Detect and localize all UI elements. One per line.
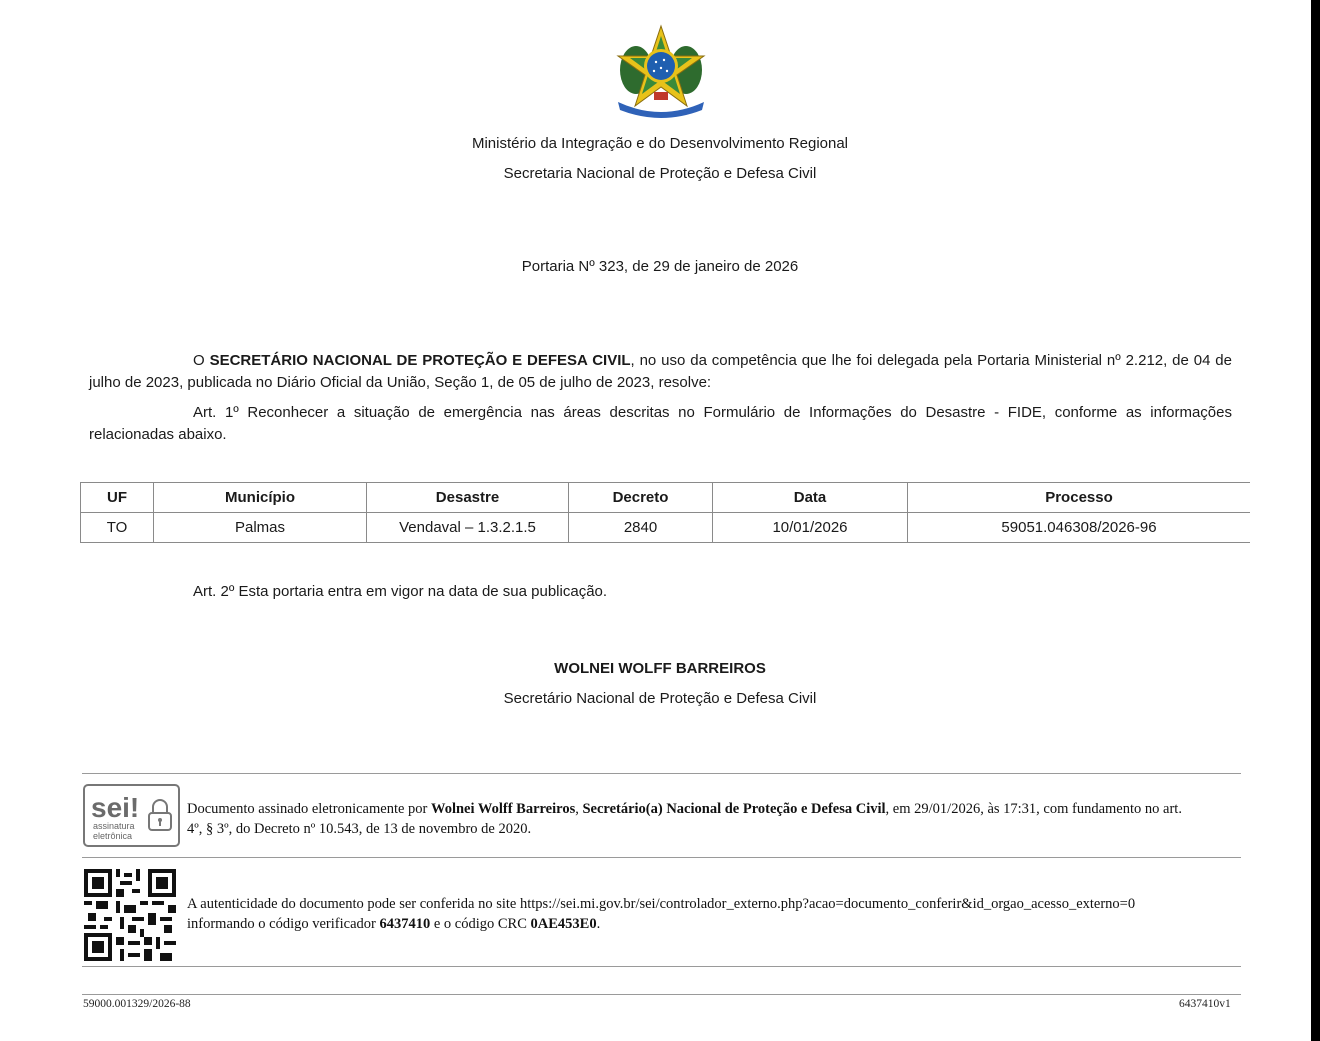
ministry-name: Ministério da Integração e do Desenvolvi… <box>0 135 1320 152</box>
cell-municipio: Palmas <box>154 513 367 543</box>
svg-text:assinatura: assinatura <box>93 821 135 831</box>
table-row: TO Palmas Vendaval – 1.3.2.1.5 2840 10/0… <box>81 513 1251 543</box>
crc-code: 0AE453E0 <box>531 916 597 932</box>
divider <box>82 773 1241 774</box>
table-header-row: UF Município Desastre Decreto Data Proce… <box>81 483 1251 513</box>
cell-data: 10/01/2026 <box>713 513 908 543</box>
document-version: 6437410v1 <box>1179 998 1231 1010</box>
signer-role: Secretário Nacional de Proteção e Defesa… <box>0 690 1320 707</box>
header-uf: UF <box>81 483 154 513</box>
header-data: Data <box>713 483 908 513</box>
authenticity-notice: A autenticidade do documento pode ser co… <box>187 894 1197 934</box>
cell-uf: TO <box>81 513 154 543</box>
authority-title: SECRETÁRIO NACIONAL DE PROTEÇÃO E DEFESA… <box>210 352 631 369</box>
svg-text:eletrônica: eletrônica <box>93 831 132 841</box>
emergency-table: UF Município Desastre Decreto Data Proce… <box>80 482 1250 543</box>
verifier-code: 6437410 <box>379 916 430 932</box>
cell-decreto: 2840 <box>569 513 713 543</box>
process-number: 59000.001329/2026-88 <box>83 998 191 1010</box>
header-municipio: Município <box>154 483 367 513</box>
cell-desastre: Vendaval – 1.3.2.1.5 <box>367 513 569 543</box>
divider <box>82 857 1241 858</box>
article-1: Art. 1º Reconhecer a situação de emergên… <box>89 402 1232 446</box>
header-desastre: Desastre <box>367 483 569 513</box>
preamble-paragraph: O SECRETÁRIO NACIONAL DE PROTEÇÃO E DEFE… <box>89 350 1232 394</box>
secretariat-name: Secretaria Nacional de Proteção e Defesa… <box>0 165 1320 182</box>
divider <box>82 966 1241 967</box>
header-processo: Processo <box>908 483 1251 513</box>
divider <box>82 994 1241 995</box>
sei-electronic-signature-seal-icon: sei! assinatura eletrônica <box>83 784 180 847</box>
electronic-signature-notice: Documento assinado eletronicamente por W… <box>187 799 1197 839</box>
document-page: Ministério da Integração e do Desenvolvi… <box>0 0 1311 1041</box>
svg-text:sei!: sei! <box>91 792 139 823</box>
qr-code-icon <box>84 869 176 961</box>
document-title: Portaria Nº 323, de 29 de janeiro de 202… <box>0 258 1320 275</box>
cell-processo: 59051.046308/2026-96 <box>908 513 1251 543</box>
header-decreto: Decreto <box>569 483 713 513</box>
brazil-coat-of-arms-icon <box>614 22 708 118</box>
signer-name: WOLNEI WOLFF BARREIROS <box>0 660 1320 677</box>
article-2: Art. 2º Esta portaria entra em vigor na … <box>193 583 607 600</box>
